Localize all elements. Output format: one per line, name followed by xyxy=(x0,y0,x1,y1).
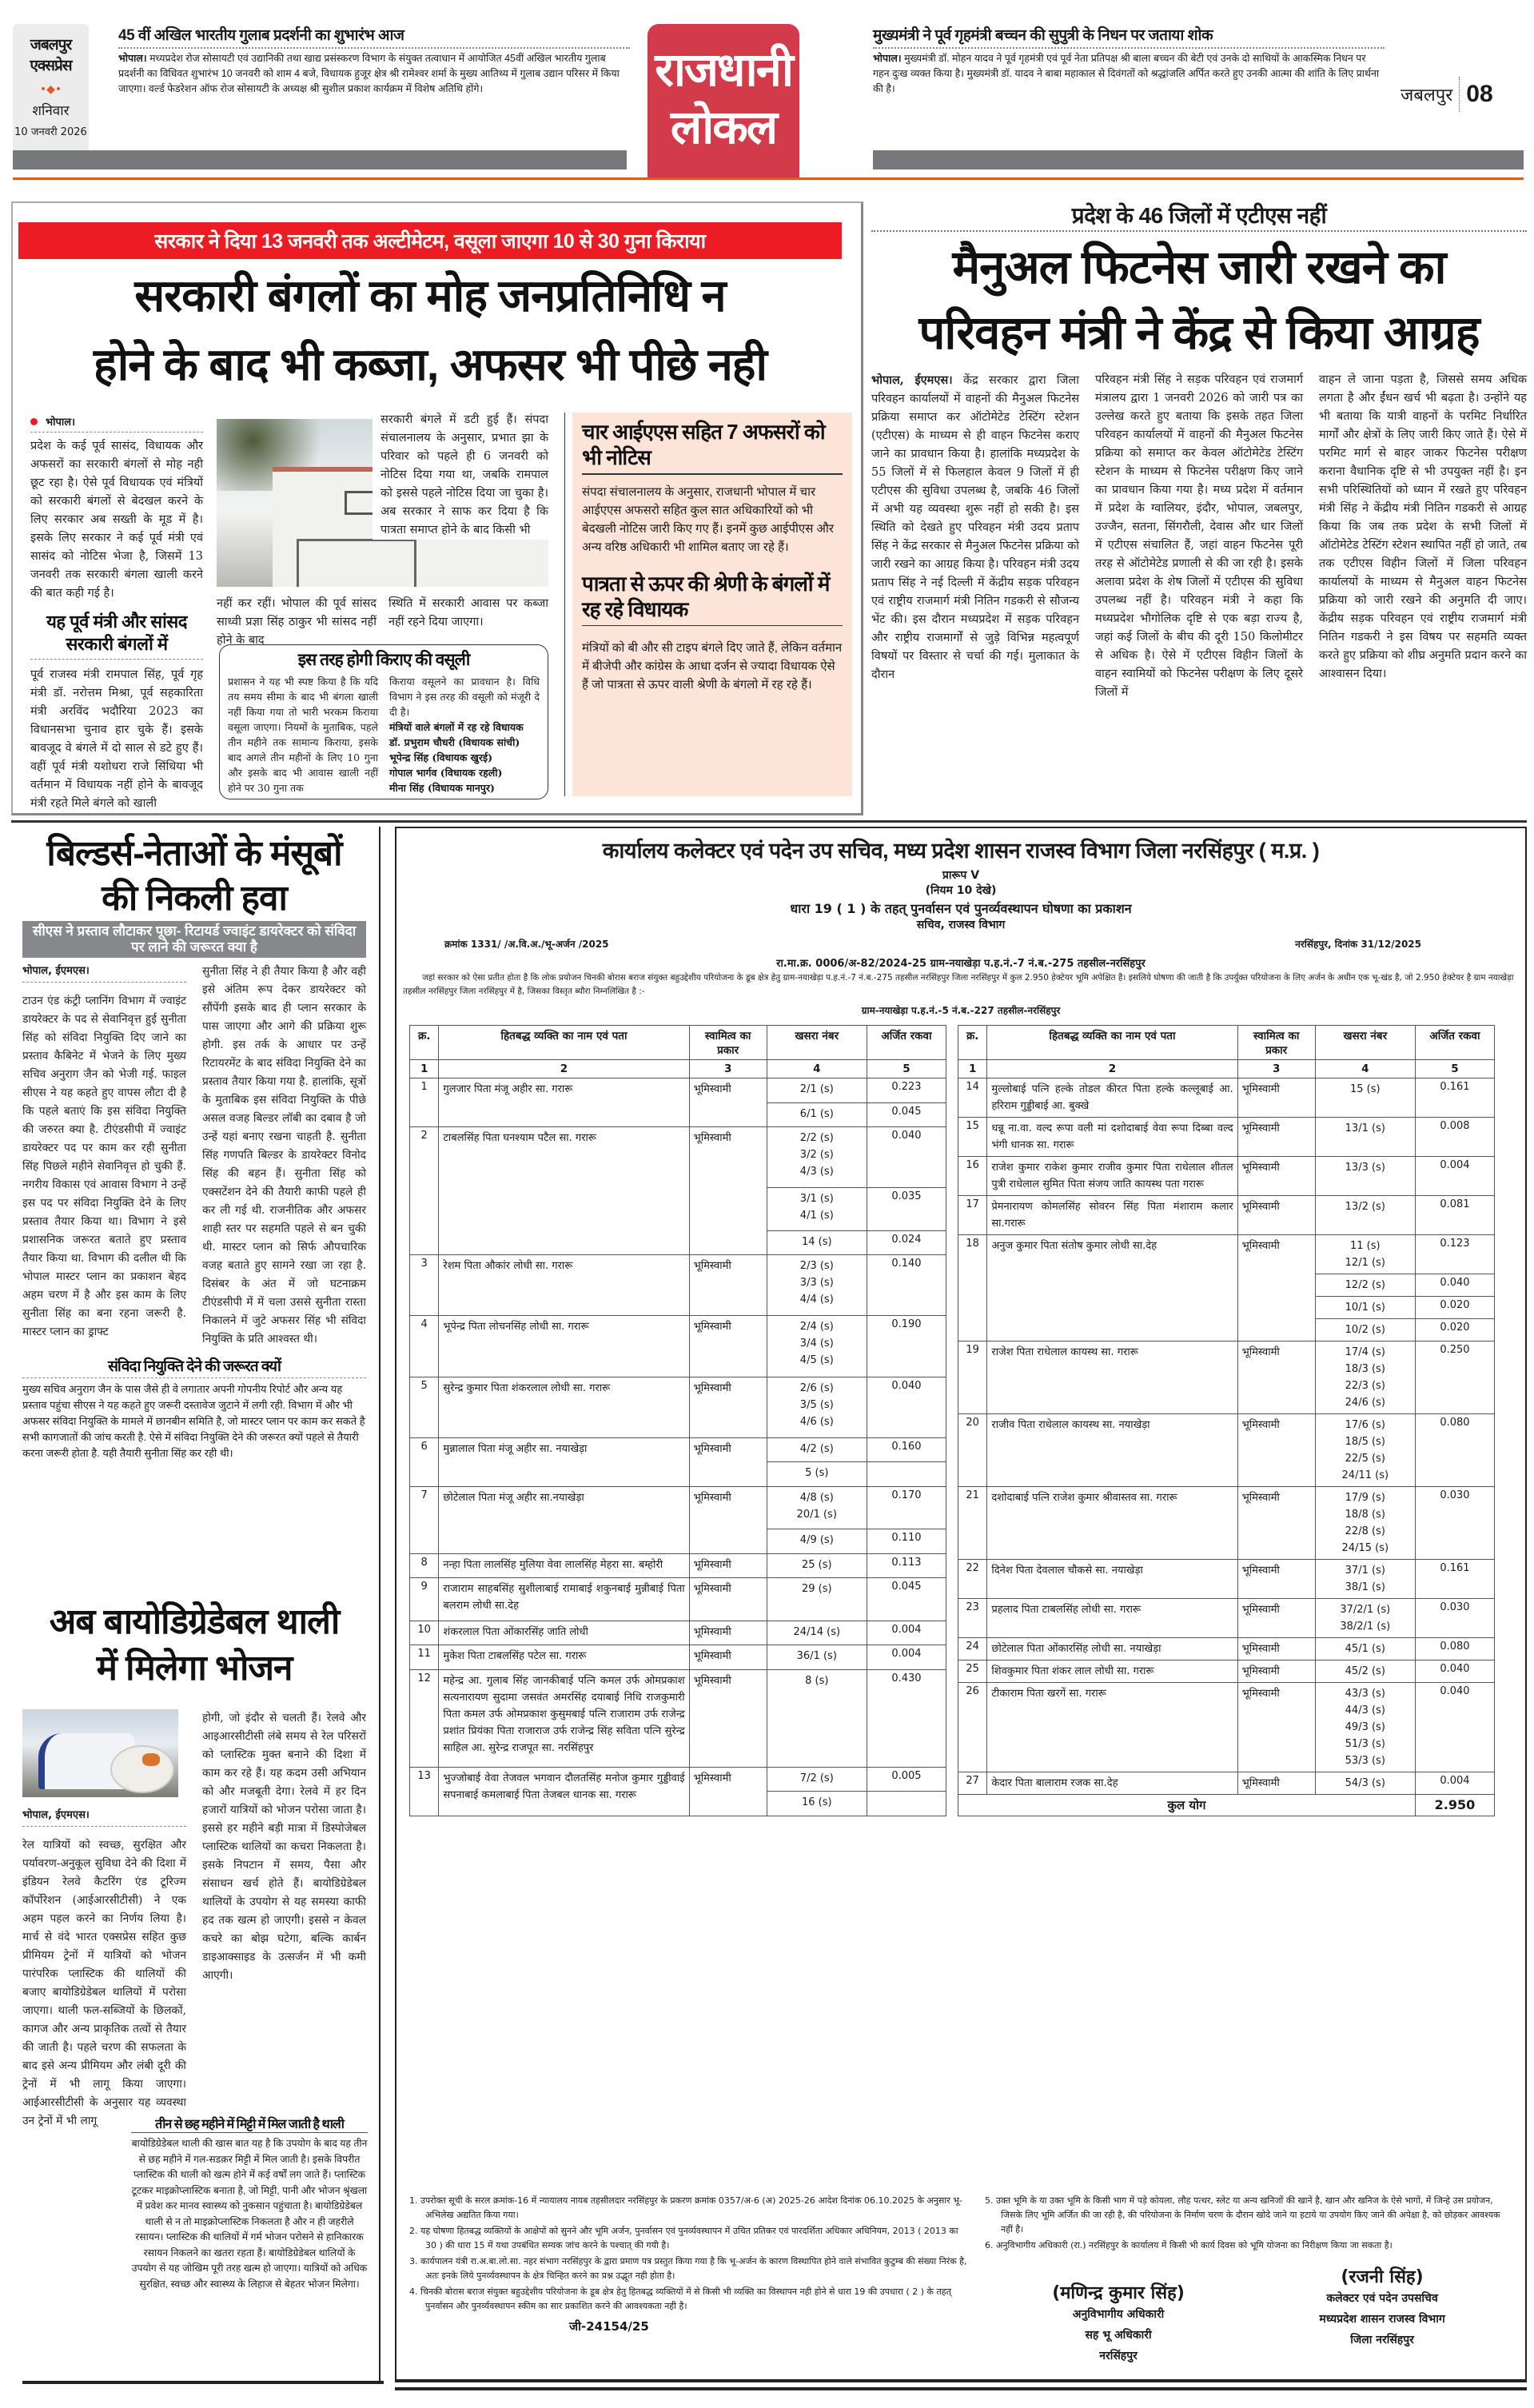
holder-name: धन्नू ना.वा. वल्द रूपा वली मां दशोदाबाई … xyxy=(987,1118,1237,1157)
serial-number: 15 xyxy=(958,1118,987,1157)
acquired-area: 0.030 xyxy=(1415,1599,1494,1638)
brief-text: मध्यप्रदेश रोज सोसायटी एवं उद्यानिकी तथा… xyxy=(118,53,620,94)
section-label: धारा 19 ( 1 ) के तहत् पुनर्वासन एवं पुनर… xyxy=(396,899,1525,917)
headline-line1[interactable]: बिल्डर्स-नेताओं के मंसूबों xyxy=(22,831,366,876)
serial-number: 13 xyxy=(410,1767,439,1816)
table-row: 8नन्हा पिता लालसिंह मुलिया वेवा लालसिंह … xyxy=(410,1553,946,1578)
col-number: 2 xyxy=(987,1060,1237,1078)
khasra-number: 45/2 (s) xyxy=(1315,1660,1415,1683)
column-1: रेल यात्रियों को स्वच्छ, सुरक्षित और पर्… xyxy=(22,1836,186,2131)
sub-text: बायोडिग्रेडेबल थाली की खास बात यह है कि … xyxy=(131,2136,368,2292)
holder-name: मुकेश पिता टाबलसिंह पटेल सा. गरारू xyxy=(439,1645,689,1670)
subhead: यह पूर्व मंत्री और सांसद सरकारी बंगलों म… xyxy=(30,611,203,660)
col-header: क्र. xyxy=(410,1026,439,1060)
ornament-icon: •◆• xyxy=(13,83,89,96)
holder-name: छोटेलाल पिता ओंकारसिंह लोधी सा. नयाखेड़ा xyxy=(987,1638,1237,1660)
holder-name: सुरेन्द्र कुमार पिता शंकरलाल लोधी सा. गर… xyxy=(439,1377,689,1437)
holder-name: मुल्लोबाई पत्नि हल्के तोडल कीरत पिता हल्… xyxy=(987,1078,1237,1118)
box-title: इस तरह होगी किराए की वसूली xyxy=(228,650,540,671)
serial-number: 21 xyxy=(958,1487,987,1560)
table-row: 3रेशम पिता औकांर लोधी सा. गरारूभूमिस्वाम… xyxy=(410,1255,946,1316)
mla-list: मंत्रियों वाले बंगलों में रह रहे विधायक … xyxy=(389,720,540,795)
grey-bar-left xyxy=(13,150,627,169)
holder-name: महेन्द्र आ. गुलाब सिंह जानकीबाई पत्नि कम… xyxy=(439,1669,689,1767)
khasra-number: 16 (s) xyxy=(767,1792,867,1816)
city-label: जबलपुर xyxy=(1401,82,1452,106)
holder-name: नन्हा पिता लालसिंह मुलिया वेवा लालसिंह म… xyxy=(439,1553,689,1578)
headline-line1[interactable]: सरकारी बंगलों का मोह जनप्रतिनिधि न xyxy=(18,259,842,333)
subhead: संविदा नियुक्ति देने की जरूरत क्यों xyxy=(22,1355,366,1378)
table-row: 2टाबलसिंह पिता घनश्याम पटैल सा. गरारूभूम… xyxy=(410,1127,946,1188)
serial-number: 2 xyxy=(410,1127,439,1255)
khasra-number: 37/2/1 (s) 38/2/1 (s) xyxy=(1315,1599,1415,1638)
acquired-area: 0.040 xyxy=(1415,1683,1494,1772)
paper-name: जबलपुर एक्सप्रेस xyxy=(13,34,89,75)
signatory-title: मध्यप्रदेश शासन राजस्व विभाग xyxy=(1319,2309,1444,2330)
sub-text: मुख्य सचिव अनुराग जैन के पास जैसे ही वे … xyxy=(22,1381,366,1461)
brief-rose-show: 45 वीं अखिल भारतीय गुलाब प्रदर्शनी का शु… xyxy=(118,24,630,97)
ownership-type: भूमिस्वामी xyxy=(689,1578,767,1621)
khasra-number: 2/2 (s) 3/2 (s) 4/3 (s) xyxy=(767,1127,867,1188)
thali-shape xyxy=(110,1745,174,1793)
story-thali: अब बायोडिग्रेडेबल थाली में मिलेगा भोजन भ… xyxy=(22,1599,366,2131)
list-item: डॉ. प्रभुराम चौधरी (विधायक सांची) xyxy=(389,735,540,750)
acquired-area: 0.040 xyxy=(867,1127,946,1188)
column-2: सुनीता सिंह ने ही तैयार किया है और वही इ… xyxy=(202,963,366,1349)
holder-name: रेशम पिता औकांर लोधी सा. गरारू xyxy=(439,1255,689,1316)
headline-line2[interactable]: परिवहन मंत्री ने केंद्र से किया आग्रह xyxy=(871,297,1527,369)
table-row: 18अनुज कुमार पिता संतोष कुमार लोधी सा.दे… xyxy=(958,1235,1495,1274)
serial-number: 10 xyxy=(410,1621,439,1645)
acquired-area: 0.430 xyxy=(867,1669,946,1767)
table-row: 6मुन्नालाल पिता मंजू अहीर सा. नयाखेड़ाभू… xyxy=(410,1437,946,1462)
acquired-area: 0.030 xyxy=(1415,1487,1494,1560)
notes-right: 5. उक्त भूमि के या उक्त भूमि के किसी भाग… xyxy=(985,2194,1512,2253)
dateline: भोपाल, ईएमएस। xyxy=(22,963,186,983)
acquired-area: 0.008 xyxy=(1415,1118,1494,1157)
ownership-type: भूमिस्वामी xyxy=(1237,1772,1315,1795)
holder-name: प्रहलाद पिता टाबलसिंह लोधी सा. गरारू xyxy=(987,1599,1237,1638)
story-bungalows: सरकार ने दिया 13 जनवरी तक अल्टीमेटम, वसू… xyxy=(11,201,863,815)
ownership-type: भूमिस्वामी xyxy=(1237,1683,1315,1772)
col-number: 5 xyxy=(867,1060,946,1078)
signatory-name: (रजनी सिंह) xyxy=(1319,2267,1444,2288)
holder-name: प्रेमनारायण कोमलसिंह सोवरन सिंह पिता मंश… xyxy=(987,1196,1237,1235)
serial-number: 3 xyxy=(410,1255,439,1316)
ownership-type: भूमिस्वामी xyxy=(689,1669,767,1767)
serial-number: 4 xyxy=(410,1316,439,1377)
khasra-number: 17/6 (s) 18/5 (s) 22/5 (s) 24/11 (s) xyxy=(1315,1414,1415,1487)
land-table-right: क्र. हितबद्ध व्यक्ति का नाम एवं पता स्वा… xyxy=(958,1025,1495,1816)
brief-text: मुख्यमंत्री डॉ. मोहन यादव ने पूर्व गृहमं… xyxy=(873,53,1379,94)
acquired-area: 0.190 xyxy=(867,1316,946,1377)
khasra-number: 12/2 (s) xyxy=(1315,1274,1415,1297)
ownership-type: भूमिस्वामी xyxy=(689,1486,767,1553)
table-row: 24छोटेलाल पिता ओंकारसिंह लोधी सा. नयाखेड… xyxy=(958,1638,1495,1660)
table-row: 7छोटेलाल पिता मंजू अहीर सा.नयाखेड़ाभूमिस… xyxy=(410,1486,946,1529)
ownership-type: भूमिस्वामी xyxy=(1237,1487,1315,1560)
holder-name: दशोदाबाई पत्नि राजेश कुमार श्रीवास्तव सा… xyxy=(987,1487,1237,1560)
signatory-title: अनुविभागीय अधिकारी xyxy=(1052,2304,1185,2325)
village-line: ग्राम-नयाखेड़ा प.ह.नं.-5 नं.ब.-227 तहसील… xyxy=(396,1003,1525,1017)
table-row: 19राजेश पिता राधेलाल कायस्थ सा. गरारूभूम… xyxy=(958,1342,1495,1414)
food-shape xyxy=(142,1753,160,1766)
ownership-type: भूमिस्वामी xyxy=(689,1078,767,1127)
table-row: 20राजीव पिता राधेलाल कायस्थ सा. नयाखेड़ा… xyxy=(958,1414,1495,1487)
ownership-type: भूमिस्वामी xyxy=(1237,1638,1315,1660)
acquired-area: 0.161 xyxy=(1415,1078,1494,1118)
bottom-rule-right xyxy=(395,2387,1527,2390)
khasra-number: 29 (s) xyxy=(767,1578,867,1621)
acquired-area: 0.040 xyxy=(1415,1660,1494,1683)
acquired-area xyxy=(867,1462,946,1487)
table-row: 22दिनेश पिता देवलाल चौकसे सा. नयाखेड़ाभू… xyxy=(958,1560,1495,1599)
rent-recovery-box: इस तरह होगी किराए की वसूली प्रशासन ने यह… xyxy=(219,644,548,799)
notes-left: 1. उपरोक्त सूची के सरल क्रमांक-16 में न्… xyxy=(409,2194,969,2314)
serial-number: 17 xyxy=(958,1196,987,1235)
note-item: 4. चिनकी बोरास बराज संयुक्त बहुउद्देशीय … xyxy=(409,2285,969,2314)
sidebar-title: पात्रता से ऊपर की श्रेणी के बंगलों में र… xyxy=(582,571,843,626)
holder-name: छोटेलाल पिता मंजू अहीर सा.नयाखेड़ा xyxy=(439,1486,689,1553)
column-2: होगी, जो इंदौर से चलती हैं। रेलवे और आइआ… xyxy=(202,1709,366,1985)
khasra-number: 4/8 (s) 20/1 (s) xyxy=(767,1486,867,1529)
table-body-right: 14मुल्लोबाई पत्नि हल्के तोडल कीरत पिता ह… xyxy=(958,1078,1495,1795)
ownership-type: भूमिस्वामी xyxy=(1237,1118,1315,1157)
total-label: कुल योग xyxy=(958,1795,1416,1816)
note-item: 2. यह घोषणा हितबद्ध व्यक्तियों के आक्षेप… xyxy=(409,2224,969,2253)
bullet-icon xyxy=(30,418,38,425)
serial-number: 5 xyxy=(410,1377,439,1437)
holder-name: राजेश कुमार राकेश कुमार राजीव कुमार पिता… xyxy=(987,1157,1237,1196)
total-row: कुल योग 2.950 xyxy=(958,1795,1495,1816)
section-logo: राजधानी लोकल xyxy=(647,24,799,177)
grey-bar-right xyxy=(873,150,1524,169)
legal-notice: कार्यालय कलेक्टर एवं पदेन उप सचिव, मध्य … xyxy=(395,827,1527,2382)
table-row: 27केदार पिता बालाराम रजक सा.देहभूमिस्वाम… xyxy=(958,1772,1495,1795)
section-logo-line1: राजधानी xyxy=(647,42,799,99)
serial-number: 11 xyxy=(410,1645,439,1670)
khasra-number: 8 (s) xyxy=(767,1669,867,1767)
table-row: 9राजाराम साहबसिंह सुशीलाबाई रामाबाई शकुन… xyxy=(410,1578,946,1621)
list-item: मीना सिंह (विधायक मानपुर) xyxy=(389,780,540,795)
khasra-number: 37/1 (s) 38/1 (s) xyxy=(1315,1560,1415,1599)
holder-name: भूपेन्द्र पिता लोचनसिंह लोधी सा. गरारू xyxy=(439,1316,689,1377)
col-header: अर्जित रकवा xyxy=(867,1026,946,1060)
column-divider xyxy=(564,413,565,796)
col-number: 4 xyxy=(767,1060,867,1078)
dateline: भोपाल, ईएमएस। xyxy=(871,373,953,387)
serial-number: 16 xyxy=(958,1157,987,1196)
serial-number: 1 xyxy=(410,1078,439,1127)
col-header: हितबद्ध व्यक्ति का नाम एवं पता xyxy=(987,1026,1237,1060)
paragraph: पूर्व राजस्व मंत्री रामपाल सिंह, पूर्व ग… xyxy=(30,666,203,813)
date-label: 10 जनवरी 2026 xyxy=(13,124,89,138)
headline-line2[interactable]: में मिलेगा भोजन xyxy=(22,1645,366,1692)
acquired-area: 0.045 xyxy=(867,1578,946,1621)
story-fitness: प्रदेश के 46 जिलों में एटीएस नहीं मैनुअल… xyxy=(871,200,1527,702)
khasra-number: 17/9 (s) 18/8 (s) 22/8 (s) 24/15 (s) xyxy=(1315,1487,1415,1560)
land-table-left: क्र. हितबद्ध व्यक्ति का नाम एवं पता स्वा… xyxy=(409,1025,946,1816)
note-item: 6. अनुविभागीय अधिकारी (रा.) नरसिंहपुर के… xyxy=(985,2239,1512,2253)
paragraph: प्रदेश के कई पूर्व सासंद, विधायक और अफसर… xyxy=(30,437,203,603)
brief-title[interactable]: 45 वीं अखिल भारतीय गुलाब प्रदर्शनी का शु… xyxy=(118,24,630,49)
acquired-area: 0.080 xyxy=(1415,1414,1494,1487)
column-3: वाहन ले जाना पड़ता है, जिससे समय अधिक लग… xyxy=(1319,371,1527,702)
ownership-type: भूमिस्वामी xyxy=(1237,1599,1315,1638)
acquired-area: 0.005 xyxy=(867,1767,946,1792)
table-row: 15धन्नू ना.वा. वल्द रूपा वली मां दशोदाबा… xyxy=(958,1118,1495,1157)
train-thali-photo xyxy=(22,1709,178,1797)
serial-number: 20 xyxy=(958,1414,987,1487)
notice-intro: जहां सरकार को ऐसा प्रतीत होता है कि लोक … xyxy=(396,970,1525,1000)
acquired-area: 0.160 xyxy=(867,1437,946,1462)
ownership-type: भूमिस्वामी xyxy=(1237,1078,1315,1118)
ownership-type: भूमिस्वामी xyxy=(689,1767,767,1816)
signatory-title: सह भू अधिकारी xyxy=(1052,2325,1185,2346)
serial-number: 9 xyxy=(410,1578,439,1621)
acquired-area: 0.223 xyxy=(867,1078,946,1103)
column-1: भोपाल, ईएमएस। केंद्र सरकार द्वारा जिला प… xyxy=(871,371,1079,702)
acquired-area: 0.113 xyxy=(867,1553,946,1578)
khasra-number: 4/9 (s) xyxy=(767,1529,867,1554)
table-row: 16राजेश कुमार राकेश कुमार राजीव कुमार पि… xyxy=(958,1157,1495,1196)
khasra-number: 13/1 (s) xyxy=(1315,1118,1415,1157)
rule-label: (नियम 10 देखे) xyxy=(396,883,1525,898)
table-row: 5सुरेन्द्र कुमार पिता शंकरलाल लोधी सा. ग… xyxy=(410,1377,946,1437)
sidebar-box: चार आईएएस सहित 7 अफसरों को भी नोटिस संपद… xyxy=(572,413,852,796)
holder-name: शंकरलाल पिता ओंकारसिंह जाति लोधी xyxy=(439,1621,689,1645)
ownership-type: भूमिस्वामी xyxy=(689,1127,767,1255)
form-label: प्रारूप V xyxy=(396,867,1525,883)
serial-number: 22 xyxy=(958,1560,987,1599)
khasra-number: 2/4 (s) 3/4 (s) 4/5 (s) xyxy=(767,1316,867,1377)
acquired-area: 0.004 xyxy=(867,1621,946,1645)
ownership-type: भूमिस्वामी xyxy=(1237,1414,1315,1487)
col-header: अर्जित रकवा xyxy=(1415,1026,1494,1060)
headline-line2[interactable]: होने के बाद भी कब्जा, अफसर भी पीछे नही xyxy=(18,328,842,401)
table-row: 12महेन्द्र आ. गुलाब सिंह जानकीबाई पत्नि … xyxy=(410,1669,946,1767)
dateline: भोपाल। xyxy=(873,53,902,64)
acquired-area xyxy=(867,1792,946,1816)
khasra-number: 10/1 (s) xyxy=(1315,1297,1415,1319)
col-header: स्वामित्व का प्रकार xyxy=(1237,1026,1315,1060)
khasra-number: 45/1 (s) xyxy=(1315,1638,1415,1660)
serial-number: 19 xyxy=(958,1342,987,1414)
acquired-area: 0.080 xyxy=(1415,1638,1494,1660)
dateline: भोपाल। xyxy=(30,414,203,433)
khasra-number: 43/3 (s) 44/3 (s) 49/3 (s) 51/3 (s) 53/3… xyxy=(1315,1683,1415,1772)
place-date: नरसिंहपुर, दिनांक 31/12/2025 xyxy=(1295,937,1421,951)
acquired-area: 0.040 xyxy=(867,1377,946,1437)
masthead-rule xyxy=(13,177,1524,180)
col-number: 1 xyxy=(410,1060,439,1078)
headline-line2[interactable]: की निकली हवा xyxy=(22,876,366,921)
list-item: गोपाल भार्गव (विधायक रहली) xyxy=(389,765,540,780)
page-info: जबलपुर 08 xyxy=(1401,77,1493,112)
holder-name: राजेश पिता राधेलाल कायस्थ सा. गरारू xyxy=(987,1342,1237,1414)
day-label: शनिवार xyxy=(13,101,89,119)
holder-name: केदार पिता बालाराम रजक सा.देह xyxy=(987,1772,1237,1795)
holder-name: मुन्नालाल पिता मंजू अहीर सा. नयाखेड़ा xyxy=(439,1437,689,1486)
khasra-number: 25 (s) xyxy=(767,1553,867,1578)
section-rule xyxy=(11,820,1527,823)
ownership-type: भूमिस्वामी xyxy=(1237,1660,1315,1683)
col-number: 2 xyxy=(439,1060,689,1078)
khasra-number: 7/2 (s) xyxy=(767,1767,867,1792)
khasra-number: 14 (s) xyxy=(767,1230,867,1255)
serial-number: 23 xyxy=(958,1599,987,1638)
serial-number: 6 xyxy=(410,1437,439,1486)
story-kicker: प्रदेश के 46 जिलों में एटीएस नहीं xyxy=(871,200,1527,232)
holder-name: अनुज कुमार पिता संतोष कुमार लोधी सा.देह xyxy=(987,1235,1237,1342)
headline-line1[interactable]: मैनुअल फिटनेस जारी रखने का xyxy=(871,232,1527,304)
khasra-number: 15 (s) xyxy=(1315,1078,1415,1118)
subhead: तीन से छह महीने में मिट्टी में मिल जाती … xyxy=(131,2115,368,2133)
col-number: 3 xyxy=(689,1060,767,1078)
column-2: परिवहन मंत्री सिंह ने सड़क परिवहन एवं रा… xyxy=(1095,371,1303,702)
ownership-type: भूमिस्वामी xyxy=(1237,1157,1315,1196)
column-divider xyxy=(379,827,381,2382)
reference-number: क्रमांक 1331/ /अ.वि.अ./भू-अर्जन /2025 xyxy=(444,937,609,951)
signatory-sdo: (मणिन्द्र कुमार सिंह) अनुविभागीय अधिकारी… xyxy=(1052,2283,1185,2366)
dateline: भोपाल। xyxy=(118,53,147,64)
notice-code: जी-24154/25 xyxy=(569,2318,969,2334)
acquired-area: 0.081 xyxy=(1415,1196,1494,1235)
acquired-area: 0.004 xyxy=(1415,1157,1494,1196)
note-item: 3. कार्यपालन यंत्री रा.अ.बा.लो.सा. नहर स… xyxy=(409,2255,969,2283)
paragraph: सरकारी बंगले में डटी हुई हैं। संपदा संचा… xyxy=(373,411,548,540)
masthead-date-box: जबलपुर एक्सप्रेस •◆• शनिवार 10 जनवरी 202… xyxy=(13,24,89,152)
ownership-type: भूमिस्वामी xyxy=(1237,1560,1315,1599)
serial-number: 7 xyxy=(410,1486,439,1553)
acquired-area: 0.110 xyxy=(867,1529,946,1554)
acquired-area: 0.024 xyxy=(867,1230,946,1255)
note-item: 1. उपरोक्त सूची के सरल क्रमांक-16 में न्… xyxy=(409,2194,969,2223)
holder-name: दिनेश पिता देवलाल चौकसे सा. नयाखेड़ा xyxy=(987,1560,1237,1599)
serial-number: 12 xyxy=(410,1669,439,1767)
acquired-area: 0.040 xyxy=(1415,1274,1494,1297)
khasra-number: 11 (s) 12/1 (s) xyxy=(1315,1235,1415,1274)
col-header: खसरा नंबर xyxy=(767,1026,867,1060)
list-item: भूपेन्द्र सिंह (विधायक खुरई) xyxy=(389,750,540,765)
acquired-area: 0.035 xyxy=(867,1188,946,1230)
table-row: 17प्रेमनारायण कोमलसिंह सोवरन सिंह पिता म… xyxy=(958,1196,1495,1235)
signatory-title: जिला नरसिंहपुर xyxy=(1319,2330,1444,2350)
serial-number: 18 xyxy=(958,1235,987,1342)
paragraph: स्थिति में सरकारी आवास पर कब्जा नहीं रहन… xyxy=(388,595,548,632)
khasra-number: 54/3 (s) xyxy=(1315,1772,1415,1795)
holder-name: टीकाराम पिता खरगें सा. गरारू xyxy=(987,1683,1237,1772)
table-row: 14मुल्लोबाई पत्नि हल्के तोडल कीरत पिता ह… xyxy=(958,1078,1495,1118)
table-row: 4भूपेन्द्र पिता लोचनसिंह लोधी सा. गरारूभ… xyxy=(410,1316,946,1377)
story-builders: बिल्डर्स-नेताओं के मंसूबों की निकली हवा … xyxy=(22,831,366,1461)
ownership-type: भूमिस्वामी xyxy=(1237,1235,1315,1342)
col-header: हितबद्ध व्यक्ति का नाम एवं पता xyxy=(439,1026,689,1060)
brief-condolence: मुख्यमंत्री ने पूर्व गृहमंत्री बच्चन की … xyxy=(873,24,1385,97)
acquired-area: 0.020 xyxy=(1415,1297,1494,1319)
holder-name: शिवकुमार पिता शंकर लाल लोधी सा. गरारू xyxy=(987,1660,1237,1683)
headline-line1[interactable]: अब बायोडिग्रेडेबल थाली xyxy=(22,1599,366,1645)
paragraph: नहीं कर रहीं। भोपाल की पूर्व सांसद साध्व… xyxy=(217,595,377,650)
holder-name: भुज्जोबाई वेवा तेजवल भगवान दौलतसिंह मनोज… xyxy=(439,1767,689,1816)
total-value: 2.950 xyxy=(1415,1795,1494,1816)
ownership-type: भूमिस्वामी xyxy=(689,1377,767,1437)
acquired-area: 0.123 xyxy=(1415,1235,1494,1274)
col-number: 3 xyxy=(1237,1060,1315,1078)
sidebar-text: मंत्रियों को बी और सी टाइप बंगले दिए जात… xyxy=(582,639,843,694)
secretary-label: सचिव, राजस्व विभाग xyxy=(396,917,1525,932)
khasra-number: 2/6 (s) 3/5 (s) 4/6 (s) xyxy=(767,1377,867,1437)
col-number: 1 xyxy=(958,1060,987,1078)
bottom-rule-left xyxy=(22,2381,384,2384)
section-logo-line2: लोकल xyxy=(647,99,799,157)
serial-number: 27 xyxy=(958,1772,987,1795)
table-row: 10शंकरलाल पिता ओंकारसिंह जाति लोधीभूमिस्… xyxy=(410,1621,946,1645)
list-title: मंत्रियों वाले बंगलों में रह रहे विधायक xyxy=(389,720,540,735)
serial-number: 25 xyxy=(958,1660,987,1683)
acquired-area: 0.250 xyxy=(1415,1342,1494,1414)
ownership-type: भूमिस्वामी xyxy=(1237,1196,1315,1235)
ownership-type: भूमिस्वामी xyxy=(1237,1342,1315,1414)
col-header: खसरा नंबर xyxy=(1315,1026,1415,1060)
story-kicker: सीएस ने प्रस्ताव लौटाकर पूछा- रिटायर्ड ज… xyxy=(22,921,366,958)
khasra-number: 4/2 (s) xyxy=(767,1437,867,1462)
acquired-area: 0.045 xyxy=(867,1102,946,1127)
khasra-number: 13/2 (s) xyxy=(1315,1196,1415,1235)
khasra-number: 6/1 (s) xyxy=(767,1102,867,1127)
signatory-title: कलेक्टर एवं पदेन उपसचिव xyxy=(1319,2288,1444,2309)
box-text: प्रशासन ने यह भी स्पष्ट किया है कि यदि त… xyxy=(228,674,378,795)
window-shape xyxy=(345,491,377,515)
porch-shape xyxy=(297,539,416,587)
column-1: टाउन एंड कंट्री प्लानिंग विभाग में ज्वाइ… xyxy=(22,992,186,1342)
col-header: क्र. xyxy=(958,1026,987,1060)
acquired-area: 0.161 xyxy=(1415,1560,1494,1599)
khasra-number: 13/3 (s) xyxy=(1315,1157,1415,1196)
table-row: 11मुकेश पिता टाबलसिंह पटेल सा. गरारूभूमि… xyxy=(410,1645,946,1670)
holder-name: राजीव पिता राधेलाल कायस्थ सा. नयाखेड़ा xyxy=(987,1414,1237,1487)
table-body-left: 1गुलजार पिता मंजू अहीर सा. गरारूभूमिस्वा… xyxy=(410,1078,946,1816)
notice-title: कार्यालय कलेक्टर एवं पदेन उप सचिव, मध्य … xyxy=(396,835,1525,864)
ownership-type: भूमिस्वामी xyxy=(689,1437,767,1486)
acquired-area: 0.020 xyxy=(1415,1319,1494,1342)
note-item: 5. उक्त भूमि के या उक्त भूमि के किसी भाग… xyxy=(985,2194,1512,2237)
table-row: 1गुलजार पिता मंजू अहीर सा. गरारूभूमिस्वा… xyxy=(410,1078,946,1103)
table-row: 21दशोदाबाई पत्नि राजेश कुमार श्रीवास्तव … xyxy=(958,1487,1495,1560)
khasra-number: 10/2 (s) xyxy=(1315,1319,1415,1342)
khasra-number: 5 (s) xyxy=(767,1462,867,1487)
khasra-number: 2/1 (s) xyxy=(767,1078,867,1103)
ownership-type: भूमिस्वामी xyxy=(689,1621,767,1645)
dateline: भोपाल, ईएमएस। xyxy=(22,1797,186,1827)
box-text: किराया वसूलने का प्रावधान है। विधि विभाग… xyxy=(389,674,540,720)
sidebar-text: संपदा संचालनालय के अनुसार, राजधानी भोपाल… xyxy=(582,483,843,556)
table-row: 23प्रहलाद पिता टाबलसिंह लोधी सा. गरारूभू… xyxy=(958,1599,1495,1638)
khasra-number: 36/1 (s) xyxy=(767,1645,867,1670)
brief-title[interactable]: मुख्यमंत्री ने पूर्व गृहमंत्री बच्चन की … xyxy=(873,24,1385,49)
ownership-type: भूमिस्वामी xyxy=(689,1255,767,1316)
table-row: 13भुज्जोबाई वेवा तेजवल भगवान दौलतसिंह मन… xyxy=(410,1767,946,1792)
holder-name: गुलजार पिता मंजू अहीर सा. गरारू xyxy=(439,1078,689,1127)
signatory-collector: (रजनी सिंह) कलेक्टर एवं पदेन उपसचिव मध्य… xyxy=(1319,2267,1444,2366)
khasra-number: 2/3 (s) 3/3 (s) 4/4 (s) xyxy=(767,1255,867,1316)
signatory-title: नरसिंहपुर xyxy=(1052,2346,1185,2366)
table-row: 26टीकाराम पिता खरगें सा. गरारूभूमिस्वामी… xyxy=(958,1683,1495,1772)
col-number: 4 xyxy=(1315,1060,1415,1078)
col-number: 5 xyxy=(1415,1060,1494,1078)
serial-number: 14 xyxy=(958,1078,987,1118)
story-kicker: सरकार ने दिया 13 जनवरी तक अल्टीमेटम, वसू… xyxy=(18,222,842,259)
